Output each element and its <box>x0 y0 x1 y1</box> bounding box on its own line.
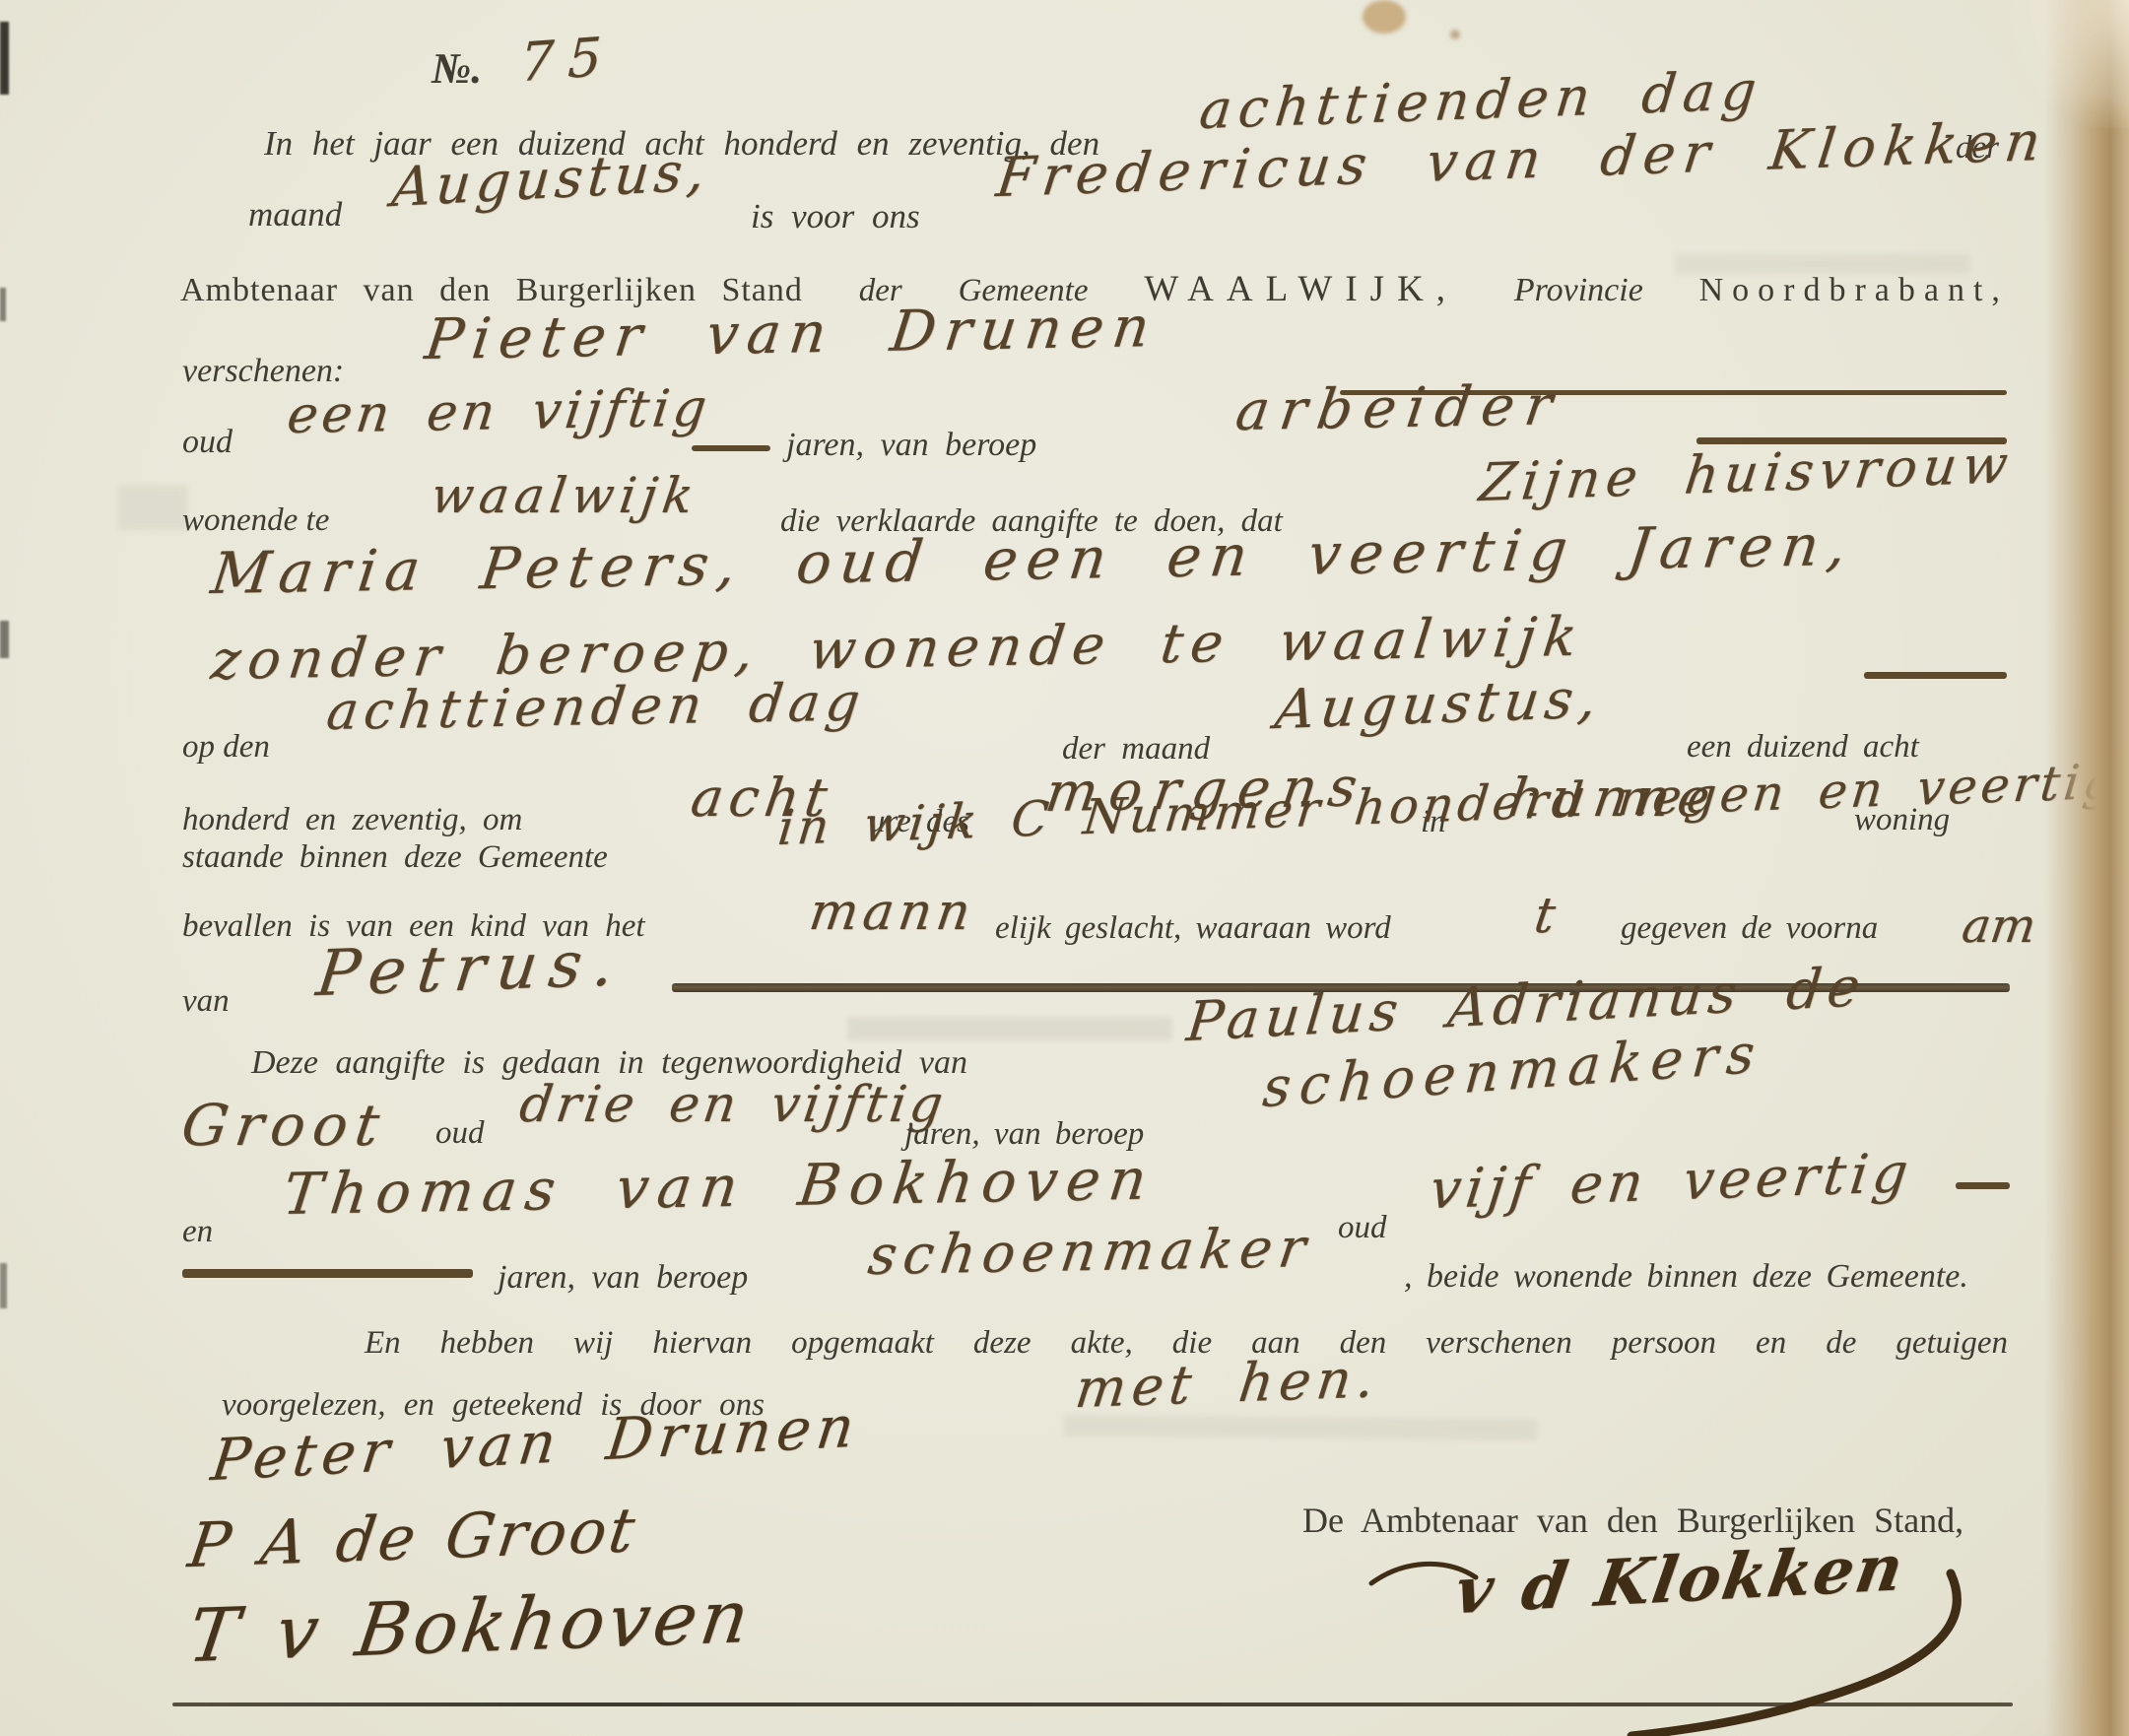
line19-handwritten-met-hen: met hen. <box>1072 1347 1383 1420</box>
line11-handwritten-address: in wijk C Nummer honderd negen en veerti… <box>775 753 2121 856</box>
line9-een-duizend-acht: een duizend acht <box>1687 729 1919 766</box>
line16-handwritten-age: vijf en veertig <box>1427 1141 1916 1221</box>
record-number-value: 75 <box>519 25 617 94</box>
record-number-label: №. <box>432 43 482 94</box>
line4-handwritten-declarant: Pieter van Drunen <box>422 295 1162 372</box>
paper-stain <box>1363 0 1406 33</box>
edge-smudge <box>0 1263 7 1308</box>
fill-dash <box>1956 1182 2010 1189</box>
line12-handwritten-t: t <box>1531 887 1559 944</box>
line12-geslacht: elijk geslacht, waaraan word <box>995 910 1391 947</box>
line15-oud: oud <box>435 1115 485 1152</box>
edge-smudge <box>0 22 9 95</box>
line12-handwritten-gender: mann <box>806 883 979 942</box>
line15-handwritten-age: drie en vijftig <box>516 1076 951 1134</box>
edge-smudge <box>0 621 9 658</box>
line3-provincie: Provincie <box>1514 272 1643 309</box>
paper-speck <box>1450 30 1460 39</box>
line12-voorna: gegeven de voorna <box>1621 910 1878 947</box>
bleedthrough-smudge <box>118 485 187 530</box>
line5-jaren-beroep: jaren, van beroep <box>786 427 1036 464</box>
line5-handwritten-occupation: arbeider <box>1231 373 1566 443</box>
line11-staande-binnen: staande binnen deze Gemeente <box>182 839 608 876</box>
line9-op-den: op den <box>182 729 270 766</box>
fill-dash <box>182 1269 473 1278</box>
signature-witness2: T v Bokhoven <box>183 1574 758 1679</box>
line4-verschenen: verschenen: <box>182 353 344 390</box>
line6-handwritten-residence: waalwijk <box>428 467 702 524</box>
birth-certificate-scan: №. 75 In het jaar een duizend acht honde… <box>0 0 2129 1736</box>
line16-en: en <box>182 1214 213 1250</box>
line12-handwritten-am: am <box>1959 899 2039 954</box>
line9-handwritten-month: Augustus, <box>1272 666 1606 741</box>
binding-edge-highlight <box>2011 0 2129 128</box>
line9-handwritten-day: achttienden dag <box>323 672 869 742</box>
line15-handwritten-groot: Groot <box>177 1092 391 1159</box>
line6-wonende-te: wonende te <box>182 502 329 539</box>
line3-waalwijk: WAALWIJK, <box>1144 268 1458 310</box>
fill-dash <box>1864 672 2007 679</box>
line2-printed-voor-ons: is voor ons <box>751 197 920 236</box>
bleedthrough-smudge <box>1064 1415 1537 1440</box>
line13-handwritten-child-name: Petrus. <box>312 927 630 1011</box>
binding-edge <box>2044 0 2129 1736</box>
edge-smudge <box>0 288 6 321</box>
line16-handwritten-witness2-name: Thomas van Bokhoven <box>280 1145 1160 1228</box>
line17-beide-wonende: , beide wonende binnen deze Gemeente. <box>1404 1258 1968 1296</box>
line6-handwritten-huisvrouw: Zijne huisvrouw <box>1476 434 2017 513</box>
line17-handwritten-occupation: schoenmaker <box>864 1216 1316 1287</box>
line2-printed-maand: maand <box>248 195 342 234</box>
line5-handwritten-age: een en vijftig <box>284 378 713 445</box>
officer-signature-flourish-icon <box>1360 1532 2049 1736</box>
line13-van: van <box>182 983 230 1020</box>
line3-noordbrabant: Noordbrabant, <box>1699 272 2009 309</box>
line5-oud: oud <box>182 424 233 461</box>
fill-dash <box>692 445 770 451</box>
bleedthrough-smudge <box>847 1017 1172 1040</box>
line17-jaren-beroep: jaren, van beroep <box>498 1259 748 1297</box>
line16-oud: oud <box>1338 1210 1387 1246</box>
line7-handwritten-mother: Maria Peters, oud een en veertig Jaren, <box>208 511 1859 607</box>
line10-honderd-zeventig: honderd en zeventig, om <box>182 802 522 838</box>
signature-witness1: P A de Groot <box>184 1494 642 1581</box>
